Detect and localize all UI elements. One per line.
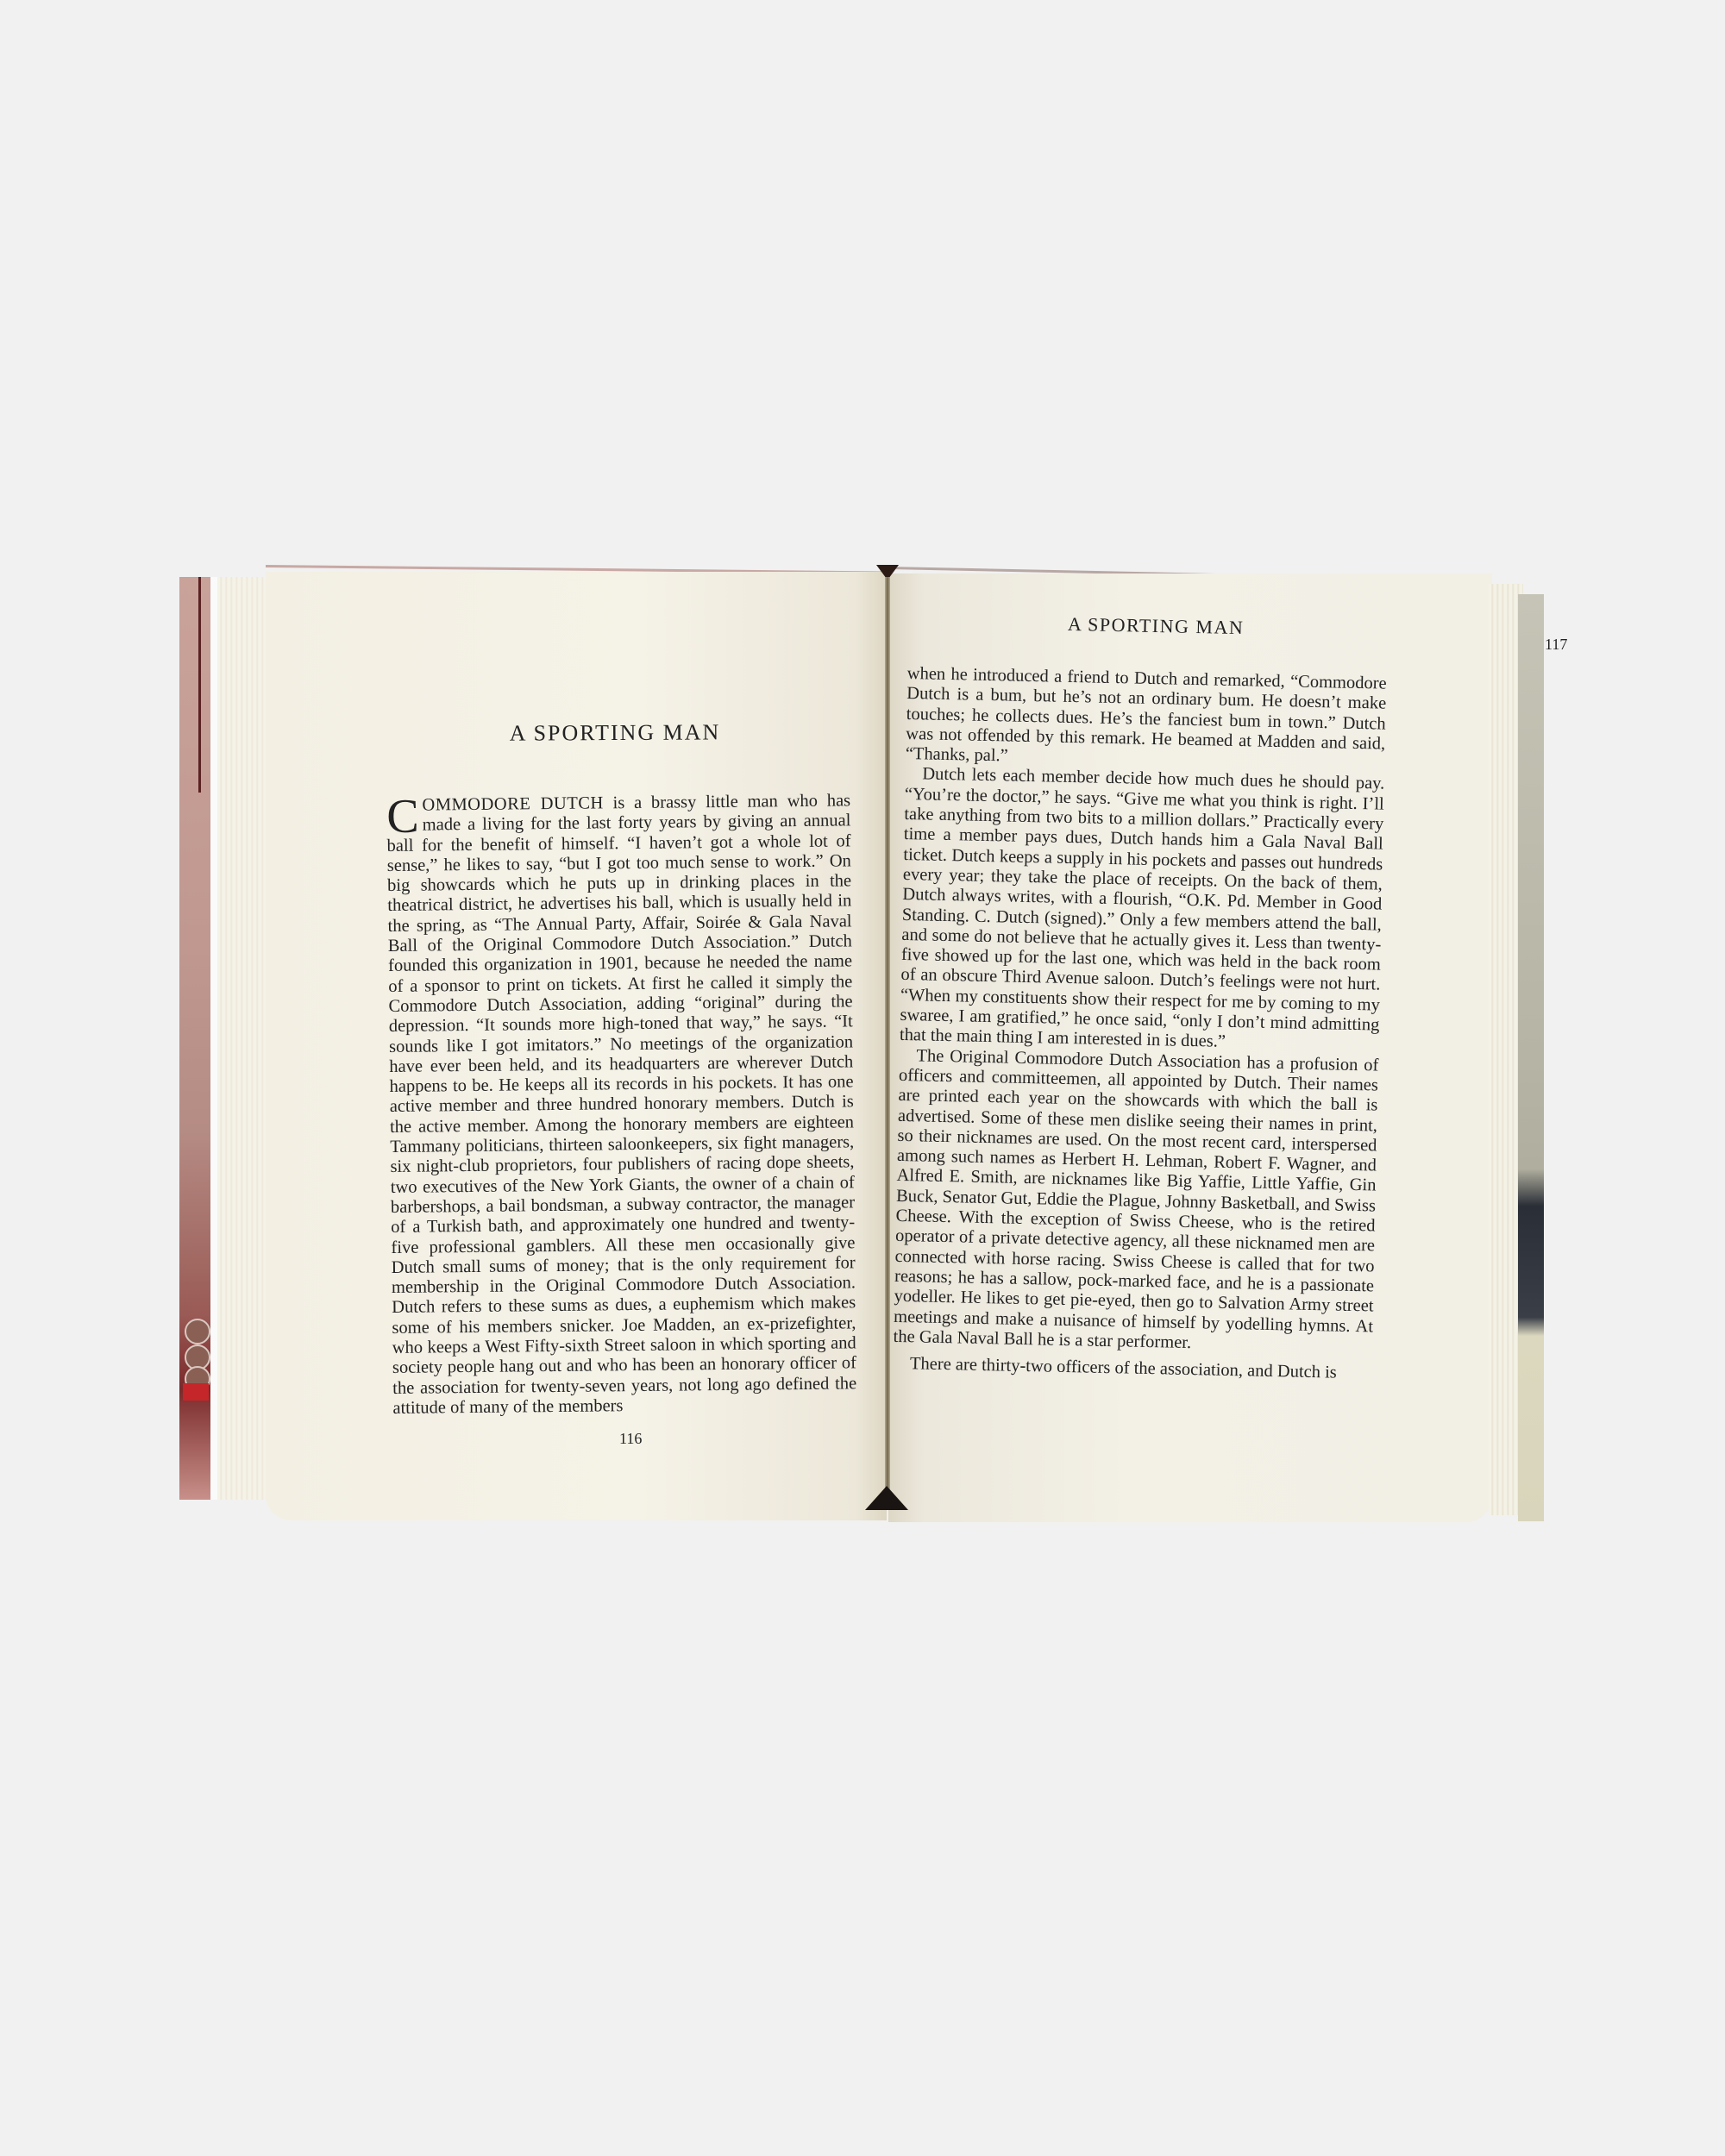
paragraph: COMMODORE DUTCH is a brassy little man w… [386, 791, 857, 1419]
page-number: 117 [1545, 636, 1567, 654]
opening-caps: OMMODORE DUTCH [422, 793, 604, 814]
paragraph-text: is a brassy little man who has made a li… [386, 791, 856, 1418]
left-cover-edge [179, 577, 210, 1500]
paragraph: The Original Commodore Dutch Association… [893, 1046, 1378, 1357]
page-number: 116 [619, 1430, 642, 1448]
cover-decoration [183, 1383, 209, 1401]
left-page-stack [210, 577, 274, 1500]
paragraph: when he introduced a friend to Dutch and… [906, 664, 1387, 774]
right-cover-edge [1518, 594, 1544, 1521]
book-gutter [885, 573, 890, 1509]
drop-cap: C [386, 798, 419, 836]
chapter-title: A SPORTING MAN [386, 719, 844, 748]
paragraph: Dutch lets each member decide how much d… [900, 764, 1385, 1056]
running-head: A SPORTING MAN [1068, 613, 1245, 639]
left-page-body: COMMODORE DUTCH is a brassy little man w… [386, 791, 857, 1419]
right-page-body: when he introduced a friend to Dutch and… [893, 664, 1387, 1384]
cover-decoration [198, 577, 201, 793]
cover-decoration [185, 1319, 210, 1344]
open-book: A SPORTING MAN COMMODORE DUTCH is a bras… [179, 565, 1546, 1526]
